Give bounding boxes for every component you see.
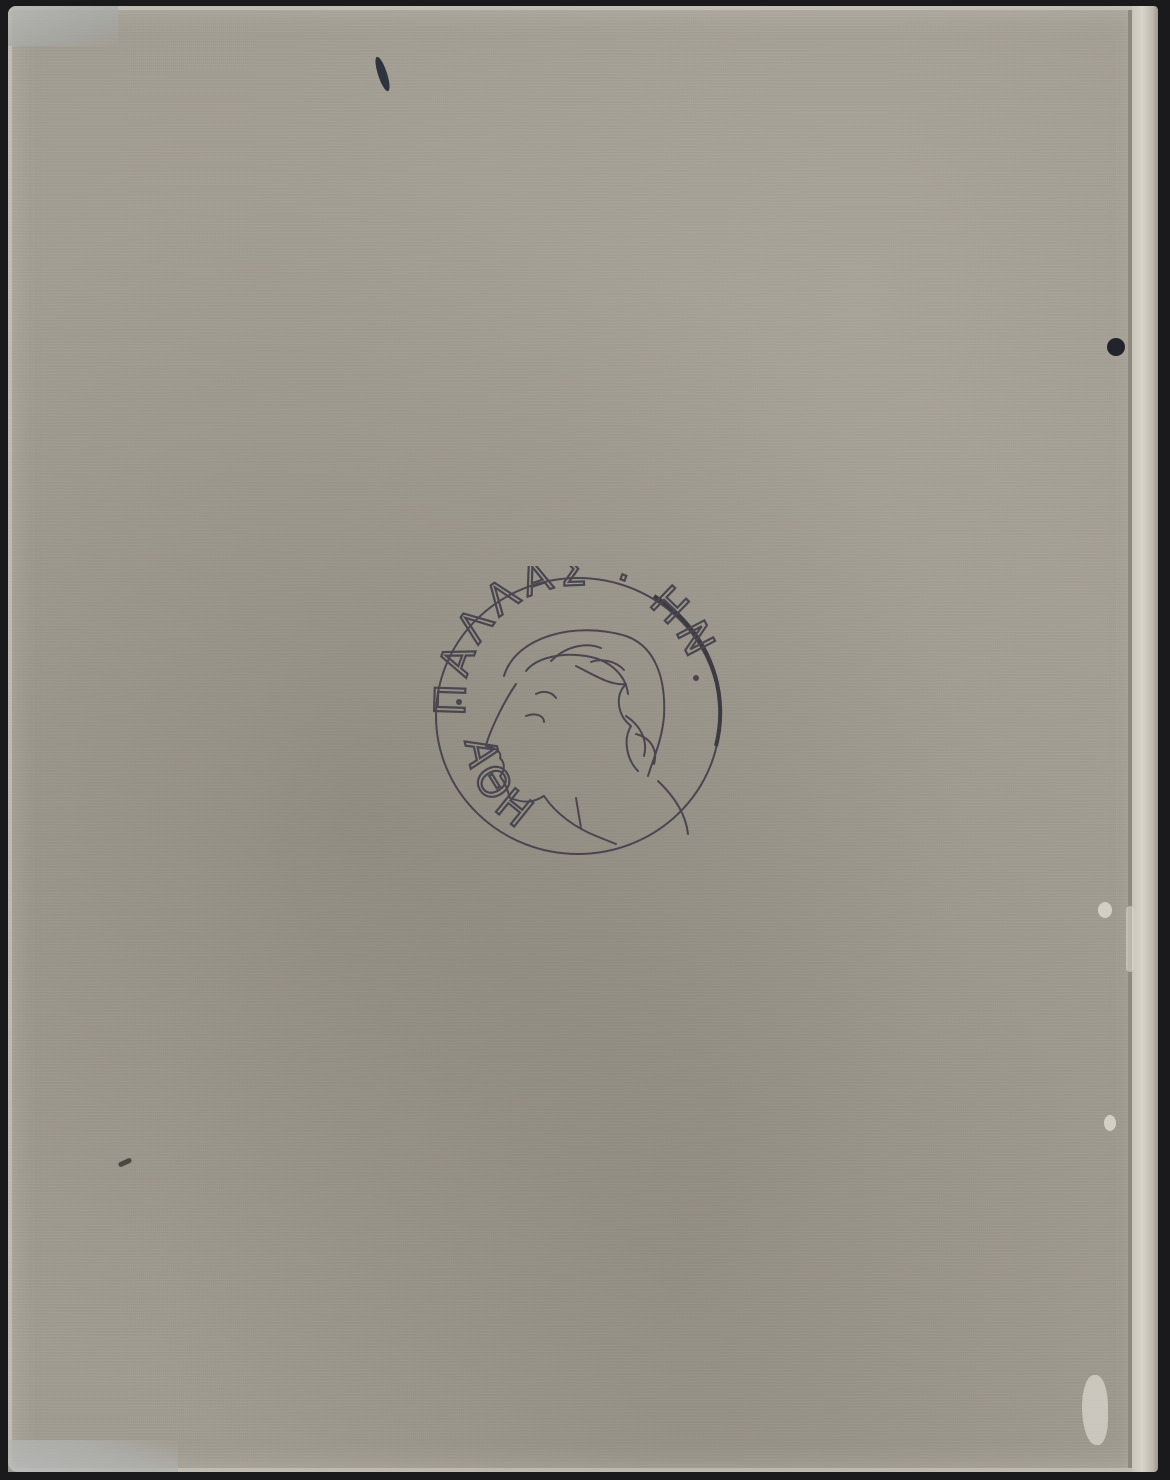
light-stain bbox=[1082, 1375, 1108, 1445]
light-spot bbox=[1104, 1115, 1116, 1131]
worn-corner-top-left bbox=[8, 6, 118, 46]
light-spot bbox=[1098, 902, 1112, 918]
worn-corner-bottom-left bbox=[8, 1440, 178, 1472]
coin-emblem: ΠΑΛΛΑΣ · ΗΝ ΑΘΗ bbox=[426, 566, 730, 864]
book-spine bbox=[1132, 6, 1158, 1472]
athena-coin-icon: ΠΑΛΛΑΣ · ΗΝ ΑΘΗ bbox=[426, 566, 730, 864]
light-streak bbox=[1126, 906, 1134, 972]
dark-spot bbox=[1107, 338, 1125, 356]
coin-legend-bottom: ΑΘΗ bbox=[455, 733, 547, 841]
coin-legend-top: ΠΑΛΛΑΣ · ΗΝ bbox=[426, 566, 727, 716]
